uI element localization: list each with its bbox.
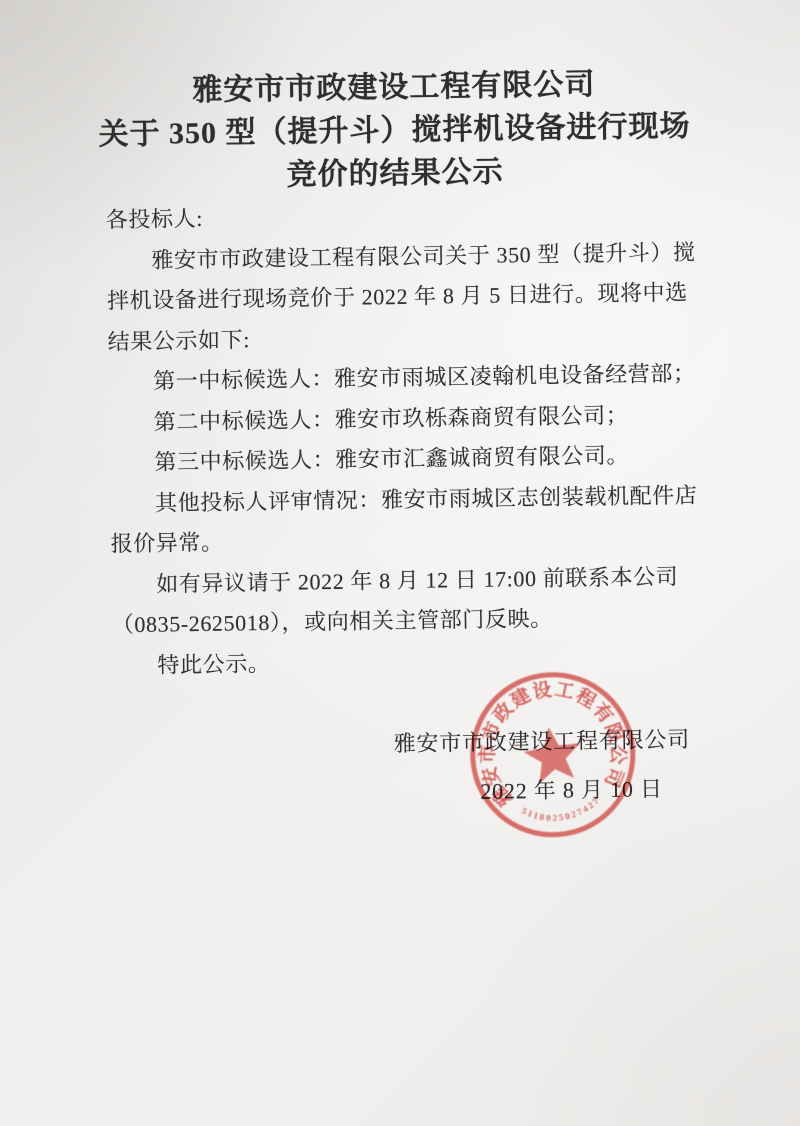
scanned-notice-page: 雅安市市政建设工程有限公司 关于 350 型（提升斗）搅拌机设备进行现场 竞价的… bbox=[0, 0, 800, 1126]
company-seal: 雅安市市政建设工程有限公司 5118025027427 bbox=[456, 658, 650, 852]
notice-body: 各投标人: 雅安市市政建设工程有限公司关于 350 型（提升斗）搅 拌机设备进行… bbox=[106, 191, 709, 686]
seal-star-icon bbox=[520, 723, 585, 785]
notice-title: 雅安市市政建设工程有限公司 关于 350 型（提升斗）搅拌机设备进行现场 竞价的… bbox=[0, 60, 795, 201]
scan-skew-wrapper: 雅安市市政建设工程有限公司 关于 350 型（提升斗）搅拌机设备进行现场 竞价的… bbox=[0, 0, 800, 1126]
